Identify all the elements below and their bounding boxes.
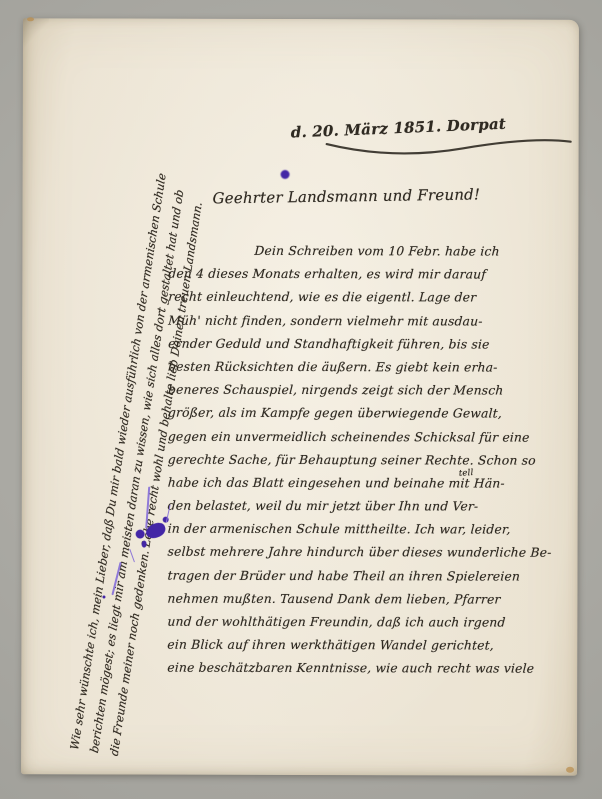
- ink-blot-small-2: [142, 541, 147, 548]
- letter-body-line: tragen der Brüder und habe Theil an ihre…: [167, 564, 492, 588]
- letter-body-line: gegen ein unvermeidlich scheinendes Schi…: [167, 425, 492, 449]
- letter-salutation: Geehrter Landsmann und Freund!: [212, 185, 512, 207]
- letter-body-line: beneres Schauspiel, nirgends zeigt sich …: [167, 379, 492, 403]
- dateline-underline-flourish: [323, 136, 575, 163]
- letter-body-line: den 4 dieses Monats erhalten, es wird mi…: [168, 263, 493, 287]
- scan-background: d. 20. März 1851. Dorpat Geehrter Landsm…: [0, 0, 602, 799]
- letter-body-line: recht einleuchtend, wie es die eigentl. …: [168, 286, 493, 310]
- letter-body-line: Dein Schreiben vom 10 Febr. habe ich: [168, 240, 493, 264]
- paper-stain-bottom-right: [566, 767, 574, 773]
- letter-body-line: besten Rücksichten die äußern. Es giebt …: [167, 356, 492, 380]
- letter-body-line: gerechte Sache, für Behauptung seiner Re…: [167, 448, 492, 472]
- letter-body-line: selbst mehrere Jahre hindurch über diese…: [167, 541, 492, 565]
- ink-blot-secondary: [136, 530, 145, 539]
- paper-stain-top-left: [27, 17, 34, 21]
- letter-body-line: nehmen mußten. Tausend Dank dem lieben, …: [167, 587, 492, 611]
- letter-body-line: den belastet, weil du mir jetzt über Ihn…: [167, 495, 492, 519]
- letter-body-line: in der armenischen Schule mittheilte. Ic…: [167, 518, 492, 542]
- letter-body-line: und der wohlthätigen Freundin, daß ich a…: [167, 611, 492, 635]
- letter-dateline: d. 20. März 1851. Dorpat: [290, 111, 590, 141]
- interlinear-insertion: tell: [458, 468, 473, 479]
- letter-body-line: eine beschätzbaren Kenntnisse, wie auch …: [167, 657, 492, 681]
- letter-body-line: größer, als im Kampfe gegen überwiegende…: [167, 402, 492, 426]
- ink-blot-dot-top: [281, 170, 290, 179]
- ink-blot-speck: [102, 595, 105, 598]
- letter-body-line: Müh' nicht finden, sondern vielmehr mit …: [168, 309, 493, 333]
- paper-corner-crease: [23, 18, 49, 48]
- letter-body: Dein Schreiben vom 10 Febr. habe ichden …: [167, 240, 492, 681]
- letter-body-line: habe ich das Blatt eingesehen und beinah…: [167, 472, 492, 496]
- letter-paper-sheet: d. 20. März 1851. Dorpat Geehrter Landsm…: [21, 18, 579, 775]
- letter-body-line: ernder Geduld und Standhaftigkeit führen…: [168, 332, 493, 356]
- letter-body-line: ein Blick auf ihren werkthätigen Wandel …: [167, 634, 492, 658]
